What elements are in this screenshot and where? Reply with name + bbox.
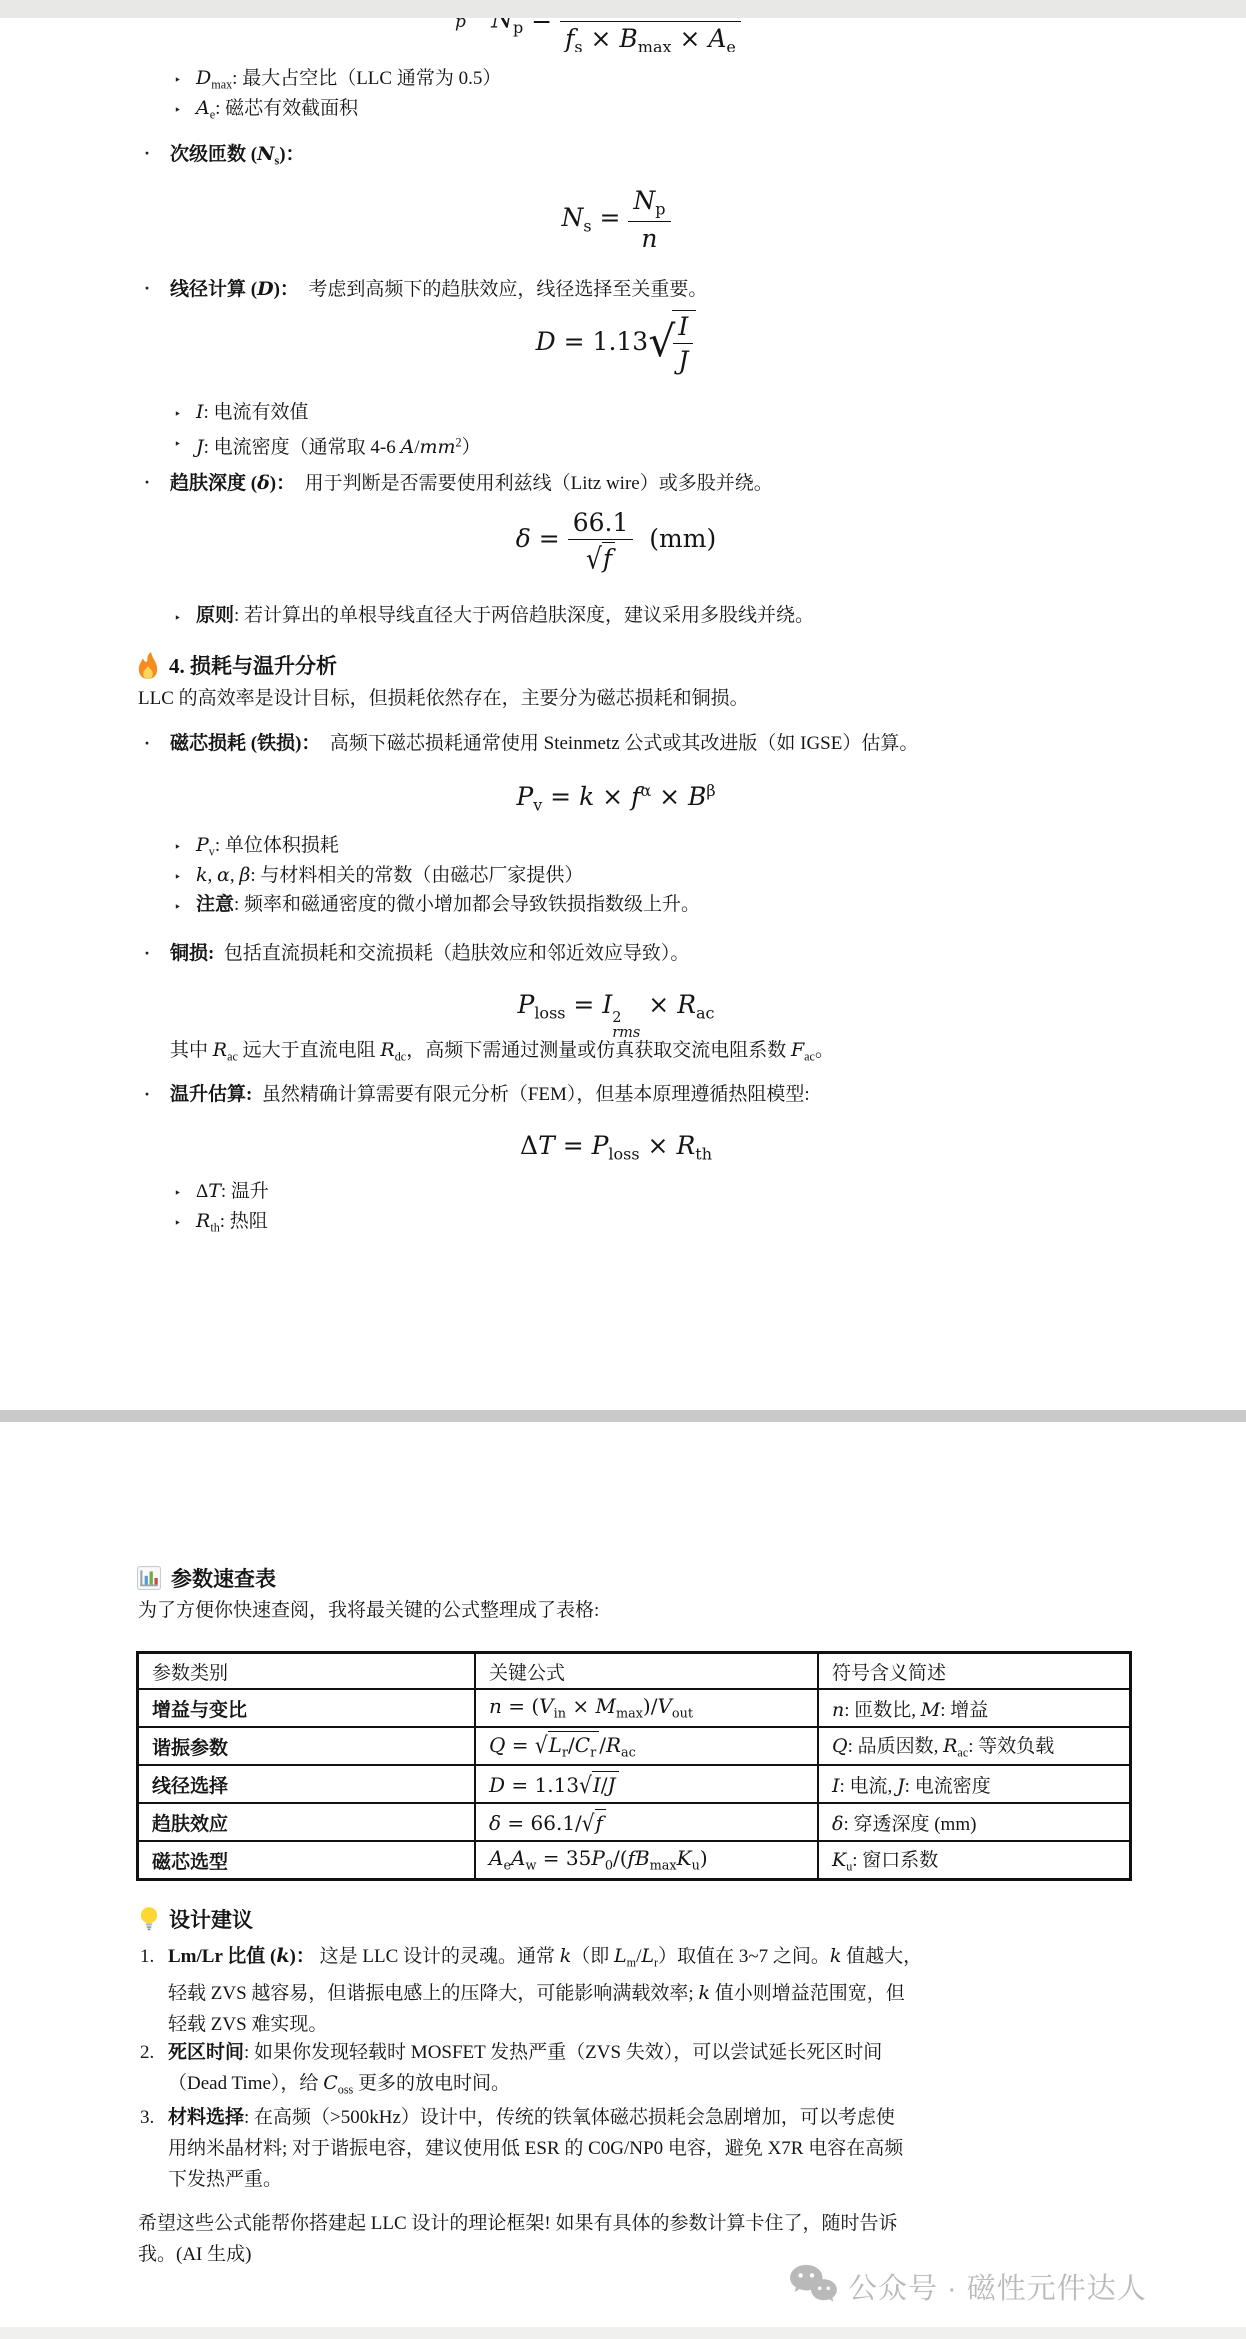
cell-formula: Q = √Lr/Cr/Rac bbox=[475, 1727, 818, 1765]
table-header-category: 参数类别 bbox=[138, 1653, 476, 1690]
cell-symbols: δ: 穿透深度 (mm) bbox=[818, 1803, 1131, 1841]
cell-category: 增益与变比 bbox=[138, 1689, 476, 1727]
top-gray-band bbox=[0, 0, 1246, 18]
cell-category: 磁芯选型 bbox=[138, 1841, 476, 1880]
wechat-icon bbox=[788, 2263, 838, 2310]
bar-chart-icon bbox=[137, 1565, 161, 1591]
list-item-dmax: ‣Dmax: 最大占空比（LLC 通常为 0.5） bbox=[196, 65, 501, 97]
document-page: p Np = Vin × Dmaxfs × Bmax × Ae ‣Dmax: 最… bbox=[0, 0, 1246, 2339]
suggestions-heading-text: 设计建议 bbox=[169, 1904, 253, 1934]
watermark-text: 公众号 · 磁性元件达人 bbox=[848, 2266, 1147, 2307]
list-item-kab: ‣k, α, β: 与材料相关的常数（由磁芯厂家提供） bbox=[196, 862, 583, 889]
formula-ploss: Ploss = I2rms × Rac bbox=[136, 990, 1096, 1041]
bullet-core-loss: ·磁芯损耗 (铁损)： 高频下磁芯损耗通常使用 Steinmetz 公式或其改进… bbox=[170, 731, 918, 757]
formula-dt: ΔT = Ploss × Rth bbox=[136, 1131, 1096, 1164]
list-number: 1. bbox=[140, 1941, 154, 1972]
formula-d: D = 1.13√IJ bbox=[136, 310, 1096, 375]
list-item-i: ‣I: 电流有效值 bbox=[196, 399, 309, 426]
closing-paragraph: 希望这些公式能帮你搭建起 LLC 设计的理论框架! 如果有具体的参数计算卡住了，… bbox=[138, 2208, 1158, 2270]
list-item-text: Rth: 热阻 bbox=[196, 1211, 268, 1232]
suggestions-heading: 设计建议 bbox=[139, 1904, 253, 1934]
cell-symbols: Q: 品质因数, Rac: 等效负载 bbox=[818, 1727, 1131, 1765]
page-divider-band bbox=[0, 1410, 1246, 1422]
list-number: 3. bbox=[140, 2102, 154, 2133]
section-heading-text: 4. 损耗与温升分析 bbox=[169, 650, 337, 680]
suggestion-text: 材料选择: 在高频（>500kHz）设计中，传统的铁氧体磁芯损耗会急剧增加，可以… bbox=[168, 2107, 903, 2190]
dot-bullet: · bbox=[144, 275, 150, 301]
triangle-bullet: ‣ bbox=[174, 1210, 181, 1236]
list-item-text: k, α, β: 与材料相关的常数（由磁芯厂家提供） bbox=[196, 865, 583, 886]
cell-symbols: Ku: 窗口系数 bbox=[818, 1841, 1131, 1880]
table-header-symbols: 符号含义简述 bbox=[818, 1653, 1131, 1690]
bullet-text: 线径计算 (D)： 考虑到高频下的趋肤效应，线径选择至关重要。 bbox=[170, 279, 707, 300]
list-item-text: Ae: 磁芯有效截面积 bbox=[196, 98, 358, 119]
triangle-bullet: ‣ bbox=[174, 401, 181, 427]
table-row: 谐振参数 Q = √Lr/Cr/Rac Q: 品质因数, Rac: 等效负载 bbox=[138, 1727, 1131, 1765]
cell-category: 线径选择 bbox=[138, 1765, 476, 1803]
list-item-text: J: 电流密度（通常取 4-6 A/mm2） bbox=[196, 437, 481, 458]
dot-bullet: · bbox=[144, 469, 150, 495]
bullet-text: 磁芯损耗 (铁损)： 高频下磁芯损耗通常使用 Steinmetz 公式或其改进版… bbox=[170, 733, 918, 754]
list-number: 2. bbox=[140, 2037, 154, 2068]
list-item-dt: ‣ΔT: 温升 bbox=[196, 1178, 269, 1205]
cell-formula: AeAw = 35P0/(fBmaxKu) bbox=[475, 1841, 818, 1880]
suggestion-text: 死区时间: 如果你发现轻载时 MOSFET 发热严重（ZVS 失效），可以尝试延… bbox=[168, 2042, 882, 2094]
quickref-intro: 为了方便你快速查阅，我将最关键的公式整理成了表格: bbox=[138, 1598, 599, 1624]
list-item-text: ΔT: 温升 bbox=[196, 1181, 269, 1202]
list-item-text: Dmax: 最大占空比（LLC 通常为 0.5） bbox=[196, 68, 501, 89]
triangle-bullet: ‣ bbox=[174, 864, 181, 890]
list-item-ae: ‣Ae: 磁芯有效截面积 bbox=[196, 95, 358, 127]
formula-pv: Pv = k × fα × Bβ bbox=[136, 781, 1096, 814]
paragraph-rac: 其中 Rac 远大于直流电阻 Rdc，高频下需通过测量或仿真获取交流电阻系数 F… bbox=[170, 1037, 834, 1069]
list-item-note: ‣注意: 频率和磁通密度的微小增加都会导致铁损指数级上升。 bbox=[196, 892, 700, 918]
bullet-temp-rise: ·温升估算: 虽然精确计算需要有限元分析（FEM），但基本原理遵循热阻模型: bbox=[170, 1082, 810, 1108]
list-item-j: ‣J: 电流密度（通常取 4-6 A/mm2） bbox=[196, 429, 481, 461]
bullet-secondary-turns: ·次级匝数 (Ns)： bbox=[170, 141, 305, 173]
suggestion-item-1: 1.Lm/Lr 比值 (k)： 这是 LLC 设计的灵魂。通常 k（即 Lm/L… bbox=[168, 1941, 1180, 2040]
triangle-bullet: ‣ bbox=[174, 605, 181, 631]
list-item-rth: ‣Rth: 热阻 bbox=[196, 1208, 268, 1240]
suggestion-text: Lm/Lr 比值 (k)： 这是 LLC 设计的灵魂。通常 k（即 Lm/Lr）… bbox=[168, 1946, 922, 2035]
watermark: 公众号 · 磁性元件达人 bbox=[788, 2263, 1147, 2310]
bullet-text: 铜损: 包括直流损耗和交流损耗（趋肤效应和邻近效应导致）。 bbox=[170, 943, 689, 964]
cell-formula: D = 1.13√I/J bbox=[475, 1765, 818, 1803]
dot-bullet: · bbox=[144, 1081, 150, 1107]
cell-category: 趋肤效应 bbox=[138, 1803, 476, 1841]
paragraph-llc: LLC 的高效率是设计目标，但损耗依然存在，主要分为磁芯损耗和铜损。 bbox=[138, 686, 749, 712]
triangle-bullet: ‣ bbox=[174, 834, 181, 860]
quickref-heading: 参数速查表 bbox=[137, 1563, 276, 1593]
bullet-skin-depth: ·趋肤深度 (δ)： 用于判断是否需要使用利兹线（Litz wire）或多股并绕… bbox=[170, 470, 773, 497]
triangle-bullet: ‣ bbox=[174, 97, 181, 123]
dot-bullet: · bbox=[144, 140, 150, 166]
table-row: 线径选择 D = 1.13√I/J I: 电流, J: 电流密度 bbox=[138, 1765, 1131, 1803]
list-item-pv: ‣Pv: 单位体积损耗 bbox=[196, 832, 339, 864]
cell-symbols: I: 电流, J: 电流密度 bbox=[818, 1765, 1131, 1803]
triangle-bullet: ‣ bbox=[174, 67, 181, 93]
list-item-rule: ‣原则: 若计算出的单根导线直径大于两倍趋肤深度，建议采用多股线并绕。 bbox=[196, 603, 814, 629]
dot-bullet: · bbox=[144, 730, 150, 756]
table-row: 增益与变比 n = (Vin × Mmax)/Vout n: 匝数比, M: 增… bbox=[138, 1689, 1131, 1727]
bullet-wire-diameter: ·线径计算 (D)： 考虑到高频下的趋肤效应，线径选择至关重要。 bbox=[170, 276, 707, 303]
quickref-heading-text: 参数速查表 bbox=[171, 1563, 276, 1593]
list-item-text: Pv: 单位体积损耗 bbox=[196, 835, 339, 856]
table-header-formula: 关键公式 bbox=[475, 1653, 818, 1690]
section-heading-losses: 4. 损耗与温升分析 bbox=[137, 650, 337, 680]
parameter-table: 参数类别 关键公式 符号含义简述 增益与变比 n = (Vin × Mmax)/… bbox=[136, 1651, 1132, 1881]
triangle-bullet: ‣ bbox=[174, 1180, 181, 1206]
formula-delta: δ = 66.1√f (mm) bbox=[136, 508, 1096, 573]
table-header-row: 参数类别 关键公式 符号含义简述 bbox=[138, 1653, 1131, 1690]
fire-icon bbox=[137, 652, 159, 679]
table-row: 趋肤效应 δ = 66.1/√f δ: 穿透深度 (mm) bbox=[138, 1803, 1131, 1841]
cell-symbols: n: 匝数比, M: 增益 bbox=[818, 1689, 1131, 1727]
triangle-bullet: ‣ bbox=[174, 894, 181, 920]
table-row: 磁芯选型 AeAw = 35P0/(fBmaxKu) Ku: 窗口系数 bbox=[138, 1841, 1131, 1880]
cell-formula: n = (Vin × Mmax)/Vout bbox=[475, 1689, 818, 1727]
list-item-text: 注意: 频率和磁通密度的微小增加都会导致铁损指数级上升。 bbox=[196, 894, 700, 915]
list-item-text: 原则: 若计算出的单根导线直径大于两倍趋肤深度，建议采用多股线并绕。 bbox=[196, 605, 814, 626]
dot-bullet: · bbox=[144, 940, 150, 966]
suggestion-item-2: 2.死区时间: 如果你发现轻载时 MOSFET 发热严重（ZVS 失效），可以尝… bbox=[168, 2037, 1180, 2105]
bullet-text: 温升估算: 虽然精确计算需要有限元分析（FEM），但基本原理遵循热阻模型: bbox=[170, 1084, 810, 1105]
bullet-text: 趋肤深度 (δ)： 用于判断是否需要使用利兹线（Litz wire）或多股并绕。 bbox=[170, 473, 773, 494]
formula-ns: Ns = Npn bbox=[136, 186, 1096, 253]
light-bulb-icon bbox=[139, 1906, 159, 1932]
cell-category: 谐振参数 bbox=[138, 1727, 476, 1765]
suggestion-item-3: 3.材料选择: 在高频（>500kHz）设计中，传统的铁氧体磁芯损耗会急剧增加，… bbox=[168, 2102, 1180, 2195]
bullet-text: 次级匝数 (Ns)： bbox=[170, 144, 305, 165]
bullet-copper-loss: ·铜损: 包括直流损耗和交流损耗（趋肤效应和邻近效应导致）。 bbox=[170, 941, 689, 967]
triangle-bullet: ‣ bbox=[174, 431, 181, 457]
bottom-gray-band bbox=[0, 2327, 1246, 2339]
cell-formula: δ = 66.1/√f bbox=[475, 1803, 818, 1841]
list-item-text: I: 电流有效值 bbox=[196, 402, 309, 423]
